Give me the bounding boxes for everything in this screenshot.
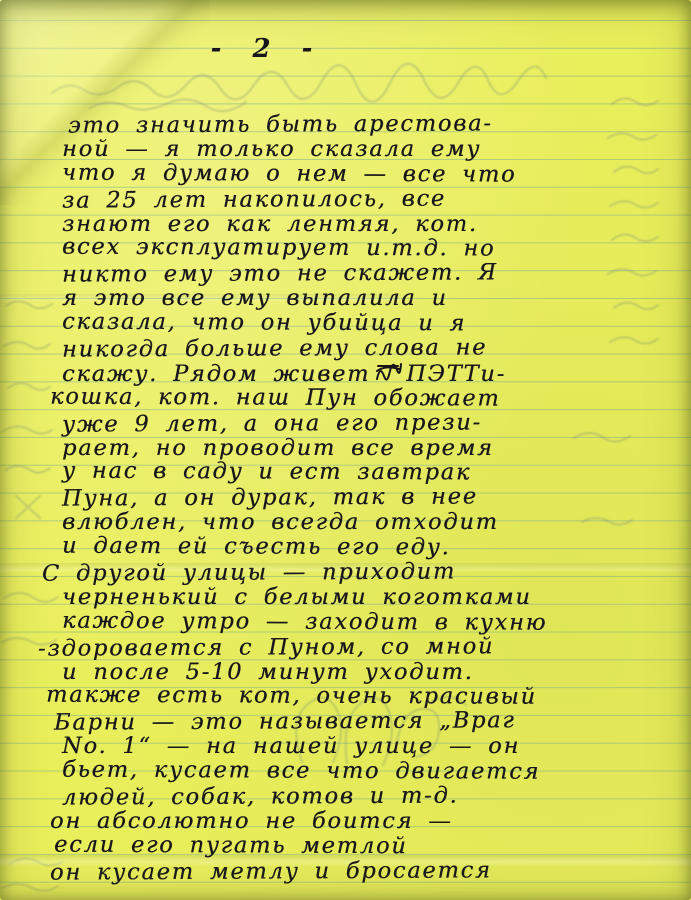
letter-page: - 2 - это значить быть арестова- ной — я… bbox=[0, 0, 691, 900]
letter-line: ной — я только сказала ему bbox=[62, 137, 691, 162]
crossed-out-word-scribble bbox=[374, 361, 402, 383]
letter-line: -здоровается с Пуном, со мной bbox=[38, 633, 691, 661]
letter-body: это значить быть арестова- ной — я тольк… bbox=[0, 112, 691, 884]
letter-line: никогда больше ему слова не bbox=[62, 334, 691, 362]
letter-line: у нас в саду и ест завтрак bbox=[62, 459, 691, 487]
letter-line: Пуна, а он дурак, так в нее bbox=[62, 484, 691, 512]
letter-line: Барни — это называется „Враг bbox=[54, 708, 691, 736]
letter-line: влюблен, что всегда отходит bbox=[62, 510, 691, 535]
letter-line-part: ПЭТТи- bbox=[406, 361, 506, 387]
letter-line-with-scribble: скажу. Рядом живетПЭТТи- bbox=[62, 361, 691, 386]
letter-line: уже 9 лет, а она его прези- bbox=[62, 409, 691, 437]
letter-line: если его пугать метлой bbox=[54, 832, 691, 860]
letter-line: я это все ему выпалила и bbox=[62, 286, 691, 311]
letter-line: No. 1“ — на нашей улице — он bbox=[62, 734, 691, 759]
letter-line: это значить быть арестова- bbox=[68, 110, 691, 138]
letter-line: С другой улицы — приходит bbox=[42, 558, 691, 586]
letter-line: за 25 лет накопилось, все bbox=[62, 185, 691, 213]
letter-line: что я думаю о нем — все что bbox=[62, 160, 691, 188]
letter-line: кошка, кот. наш Пун обожает bbox=[50, 384, 691, 412]
letter-line: он абсолютно не боится — bbox=[50, 809, 691, 834]
letter-line: знают его как лентяя, кот. bbox=[62, 212, 691, 237]
letter-line: людей, собак, котов и т-д. bbox=[62, 782, 691, 810]
letter-line: сказала, что он убийца и я bbox=[62, 310, 691, 338]
letter-line: и дает ей съесть его еду. bbox=[62, 534, 691, 562]
page-number: - 2 - bbox=[150, 34, 380, 64]
letter-line: бьет, кусает все что двигается bbox=[62, 758, 691, 786]
letter-line: он кусает метлу и бросается bbox=[50, 857, 691, 885]
letter-line: также есть кот, очень красивый bbox=[46, 683, 691, 711]
letter-line: никто ему это не скажет. Я bbox=[62, 260, 691, 288]
letter-line: рает, но проводит все время bbox=[62, 436, 691, 461]
letter-line: и после 5-10 минут уходит. bbox=[62, 660, 691, 685]
letter-line: каждое утро — заходит в кухню bbox=[62, 608, 691, 636]
letter-line: черненький с белыми коготками bbox=[62, 585, 691, 610]
letter-line: всех эксплуатирует и.т.д. но bbox=[62, 235, 691, 263]
